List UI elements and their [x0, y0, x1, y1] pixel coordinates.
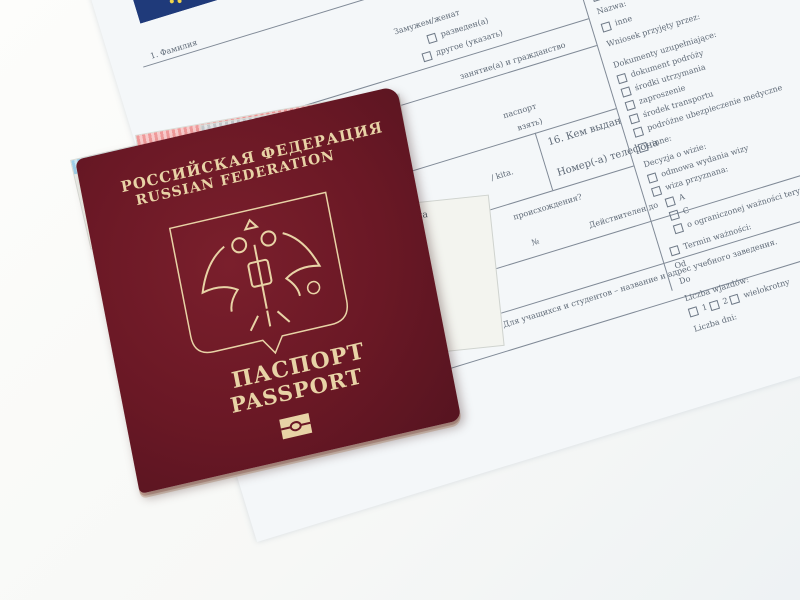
field-occupation-citizenship: занятие(а) и гражданство [459, 40, 567, 81]
eu-flag-icon [126, 0, 225, 23]
field-number: № [530, 237, 540, 248]
photo-scene: Заявление на получение шенгенской визы Б… [0, 0, 800, 600]
field-origin: происхождения? [512, 192, 583, 221]
russian-passport: РОССИЙСКАЯ ФЕДЕРАЦИЯ RUSSIAN FEDERATION … [75, 86, 461, 494]
field-passport: паспорт [502, 102, 537, 121]
field-take: взять) [516, 116, 543, 132]
field-issued-by: 16. Кем выдан [547, 116, 623, 149]
field-kita: / kita. [490, 167, 515, 182]
field-days: Liczba dni: [693, 312, 738, 334]
biometric-chip-icon [278, 412, 313, 441]
